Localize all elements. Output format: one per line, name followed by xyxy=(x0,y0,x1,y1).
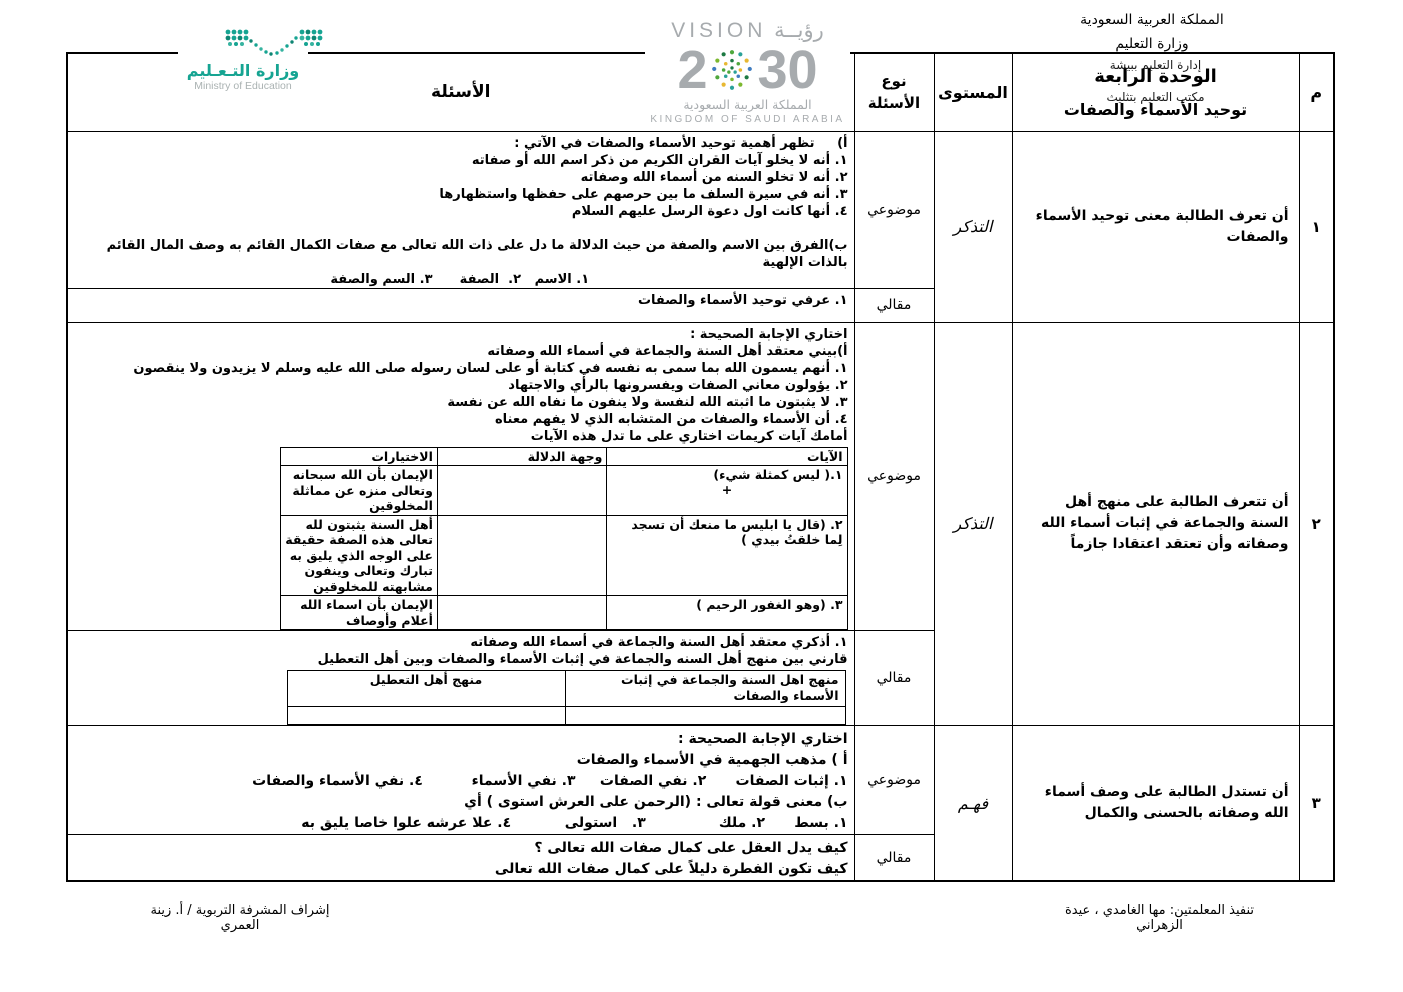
row2-level: التذكر xyxy=(934,322,1012,726)
moe-logo: وزارة التـعـليم Ministry of Education xyxy=(178,28,308,93)
questions-table: م إدارة التعليم ببيشة الوحدة الرابعة مكت… xyxy=(66,52,1335,882)
row3-type-objective: موضوعي xyxy=(854,726,934,835)
question-line: اختاري الإجابة الصحيحة : xyxy=(72,326,848,343)
vision-emblem-icon xyxy=(709,47,755,93)
question-type-header-line2: الأسئلة xyxy=(855,92,934,114)
question-line: أمامك آيات كريمات اختاري على ما تدل هذه … xyxy=(72,428,848,445)
question-line: ١. أنهم يسمون الله بما سمى به نفسه في كت… xyxy=(72,360,848,377)
row3-objective-questions: اختاري الإجابة الصحيحة : أ ) مذهب الجهمي… xyxy=(67,726,854,835)
document-page: المملكة العربية السعودية وزارة التعليم و… xyxy=(0,0,1403,992)
row2-objective-questions: اختاري الإجابة الصحيحة : أ)بيني معتقد أه… xyxy=(67,322,854,631)
comparison-answer-row xyxy=(287,707,845,725)
comparison-answer-cell xyxy=(565,707,845,725)
question-line: ٣. أنه في سيرة السلف ما بين حرصهم على حف… xyxy=(72,186,848,203)
kingdom-header-line: المملكة العربية السعودية xyxy=(1032,12,1272,28)
question-line: كيف يدل العقل على كمال صفات الله تعالى ؟ xyxy=(72,838,848,859)
indication-answer-cell xyxy=(437,596,606,630)
question-type-header-line1: نوع xyxy=(855,70,934,92)
verses-matching-table: الآيات وجهة الدلالة الاختيارات ١.( ليس ك… xyxy=(280,447,848,631)
vision-en-text: VISION xyxy=(671,19,766,42)
row3-learning-objective: أن تستدل الطالبة على وصف أسماء الله وصفا… xyxy=(1012,726,1299,882)
question-line: قارني بين منهج أهل السنه والجماعة في إثب… xyxy=(72,651,848,668)
ministry-header-line: وزارة التعليم xyxy=(1032,36,1272,52)
verse-text: ١.( ليس كمثلة شيء) xyxy=(611,467,842,483)
question-line: أ ) مذهب الجهمية في الأسماء والصفات xyxy=(72,750,848,771)
question-line: ٤. أنها كانت اول دعوة الرسل عليهم السلام xyxy=(72,203,848,220)
row3-level: فهـم xyxy=(934,726,1012,882)
verses-row-2: ٢. (قال يا ابليس ما منعك أن تسجد لِما خل… xyxy=(280,515,847,596)
question-line: أ) تظهر أهمية توحيد الأسماء والصفات في ا… xyxy=(72,135,848,152)
row1-number: ١ xyxy=(1299,131,1334,322)
supervisor-credit: إشراف المشرفة التربوية / أ. زينة العمري xyxy=(130,903,350,933)
vision-ar-text: رؤيــة xyxy=(774,18,824,42)
row1-learning-objective: أن تعرف الطالبة معنى توحيد الأسماء والصف… xyxy=(1012,131,1299,322)
vision-country-arabic: المملكة العربية السعودية xyxy=(645,97,850,113)
comparison-answer-cell xyxy=(287,707,565,725)
verses-header-row: الآيات وجهة الدلالة الاختيارات xyxy=(280,447,847,466)
moe-logo-english-name: Ministry of Education xyxy=(178,80,308,93)
vision-2030-logo: VISION رؤيــة 2 30 المملكة العربية السعو… xyxy=(645,18,850,126)
question-line xyxy=(72,220,848,237)
question-line: ٢. يؤولون معاني الصفات ويفسرونها بالرأي … xyxy=(72,377,848,394)
verse-text: ٣. (وهو الغفور الرحيم ) xyxy=(607,596,847,630)
question-line: أ)بيني معتقد أهل السنة والجماعة في أسماء… xyxy=(72,343,848,360)
question-line: ب)الفرق بين الاسم والصفة من حيث الدلالة … xyxy=(72,237,848,271)
moe-logo-arabic-name: وزارة التـعـليم xyxy=(178,62,308,80)
methods-comparison-table: منهج اهل السنة والجماعة في إثبات الأسماء… xyxy=(287,670,846,725)
teachers-credit: تنفيذ المعلمتين: مها الغامدي ، عيدة الزه… xyxy=(1052,903,1267,933)
vision-digit-2: 2 xyxy=(677,43,707,97)
moe-logo-dots-icon xyxy=(224,28,328,56)
vision-logo-wordmark: VISION رؤيــة xyxy=(645,18,850,43)
sunnah-method-header: منهج اهل السنة والجماعة في إثبات الأسماء… xyxy=(565,671,845,707)
choice-text: الإيمان بأن اسماء الله أعلام وأوصاف xyxy=(280,596,437,630)
col-header-question-type: نوع الأسئلة xyxy=(854,53,934,131)
indication-answer-cell xyxy=(437,466,606,516)
verses-row-1: ١.( ليس كمثلة شيء) + الإيمان بأن الله سب… xyxy=(280,466,847,516)
col-header-unit: إدارة التعليم ببيشة الوحدة الرابعة مكتب … xyxy=(1012,53,1299,131)
question-line: ١. أذكري معتقد أهل السنة والجماعة في أسم… xyxy=(72,634,848,651)
question-line: ١. إثبات الصفات ٢. نفي الصفات ٣. نفي الأ… xyxy=(72,771,848,792)
col-header-level: المستوى xyxy=(934,53,1012,131)
question-line: كيف تكون الفطرة دليلاً على كمال صفات الل… xyxy=(72,859,848,880)
row3-essay-questions: كيف يدل العقل على كمال صفات الله تعالى ؟… xyxy=(67,835,854,882)
tateel-method-header: منهج أهل التعطيل xyxy=(287,671,565,707)
row1-type-objective: موضوعي xyxy=(854,131,934,288)
unit-subtitle: توحيد الأسماء والصفات xyxy=(1013,100,1299,119)
comparison-header-row: منهج اهل السنة والجماعة في إثبات الأسماء… xyxy=(287,671,845,707)
question-line: ٤. أن الأسماء والصفات من المتشابه الذي ل… xyxy=(72,411,848,428)
indication-col-header: وجهة الدلالة xyxy=(437,447,606,466)
vision-country-english: KINGDOM OF SAUDI ARABIA xyxy=(645,113,850,126)
verse-text: ٢. (قال يا ابليس ما منعك أن تسجد لِما خل… xyxy=(607,515,847,596)
row2-type-essay: مقالي xyxy=(854,631,934,726)
question-line: ١. أنه لا يخلو آيات القران الكريم من ذكر… xyxy=(72,152,848,169)
vision-digits-30: 30 xyxy=(757,43,817,97)
question-line: اختاري الإجابة الصحيحة : xyxy=(72,729,848,750)
choices-col-header: الاختيارات xyxy=(280,447,437,466)
row2-learning-objective: أن تتعرف الطالبة على منهج أهل السنة والج… xyxy=(1012,322,1299,726)
verses-row-3: ٣. (وهو الغفور الرحيم ) الإيمان بأن اسما… xyxy=(280,596,847,630)
row1-essay-questions: ١. عرفي توحيد الأسماء والصفات xyxy=(67,288,854,322)
vision-2030-number: 2 30 xyxy=(645,43,850,97)
row2-type-objective: موضوعي xyxy=(854,322,934,631)
verses-col-header: الآيات xyxy=(607,447,847,466)
row1-level: التذكر xyxy=(934,131,1012,322)
question-line: ٣. لا يثبتون ما اثبته الله لنفسة ولا ينف… xyxy=(72,394,848,411)
choice-text: الإيمان بأن الله سبحانه وتعالى منزه عن م… xyxy=(280,466,437,516)
row2-number: ٢ xyxy=(1299,322,1334,726)
row3-objective-part: ٣ أن تستدل الطالبة على وصف أسماء الله وص… xyxy=(67,726,1334,835)
plus-mark: + xyxy=(611,483,842,497)
row2-essay-questions: ١. أذكري معتقد أهل السنة والجماعة في أسم… xyxy=(67,631,854,726)
col-header-num: م xyxy=(1299,53,1334,131)
indication-answer-cell xyxy=(437,515,606,596)
row1-objective-questions: أ) تظهر أهمية توحيد الأسماء والصفات في ا… xyxy=(67,131,854,288)
question-line: ١. عرفي توحيد الأسماء والصفات xyxy=(72,292,848,309)
question-line: ٢. أنه لا تخلو السنه من أسماء الله وصفات… xyxy=(72,169,848,186)
row1-objective-part: ١ أن تعرف الطالبة معنى توحيد الأسماء وال… xyxy=(67,131,1334,288)
row3-type-essay: مقالي xyxy=(854,835,934,882)
row3-number: ٣ xyxy=(1299,726,1334,882)
question-line: ١. بسط ٢. ملك ٣. استولى ٤. علا عرشه علوا… xyxy=(72,813,848,834)
question-line: ب) معنى قولة تعالى : (الرحمن على العرش ا… xyxy=(72,792,848,813)
unit-title: الوحدة الرابعة xyxy=(1013,66,1299,87)
row2-objective-part: ٢ أن تتعرف الطالبة على منهج أهل السنة وا… xyxy=(67,322,1334,631)
choice-text: أهل السنة يثبتون لله تعالى هذه الصفة حقي… xyxy=(280,515,437,596)
question-line: ١. الاسم ٢. الصفة ٣. السم والصفة xyxy=(72,271,848,288)
row1-type-essay: مقالي xyxy=(854,288,934,322)
verse-cell: ١.( ليس كمثلة شيء) + xyxy=(607,466,847,516)
